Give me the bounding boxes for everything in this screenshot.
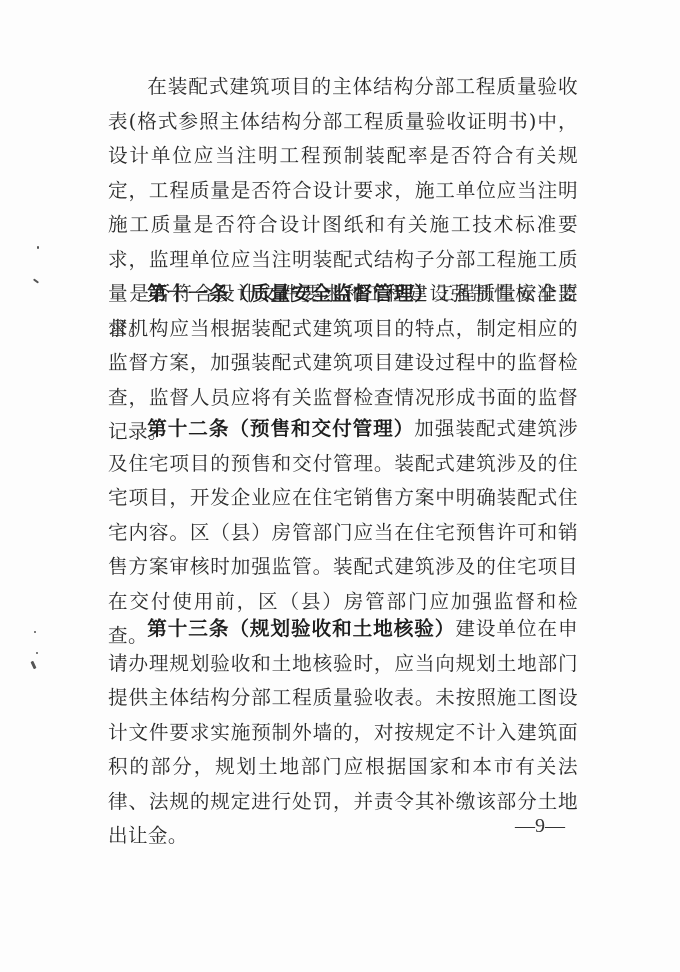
article-heading: 第十二条（预售和交付管理） xyxy=(147,417,414,440)
paragraph-text: 建设单位在申请办理规划验收和土地核验时，应当向规划土地部门提供主体结构分部工程质… xyxy=(108,617,578,847)
scan-mark xyxy=(34,631,36,633)
paragraph-article-13: 第十三条（规划验收和土地核验）建设单位在申请办理规划验收和土地核验时，应当向规划… xyxy=(108,612,578,854)
article-heading: 第十一条（质量安全监督管理） xyxy=(147,282,435,305)
page-number: —9— xyxy=(515,815,565,838)
scan-mark xyxy=(36,652,38,654)
scan-mark xyxy=(30,661,36,670)
article-heading: 第十三条（规划验收和土地核验） xyxy=(147,617,455,640)
scan-mark xyxy=(33,278,39,283)
document-page: 在装配式建筑项目的主体结构分部工程质量验收表(格式参照主体结构分部工程质量验收证… xyxy=(0,0,680,972)
scan-mark xyxy=(37,246,39,249)
